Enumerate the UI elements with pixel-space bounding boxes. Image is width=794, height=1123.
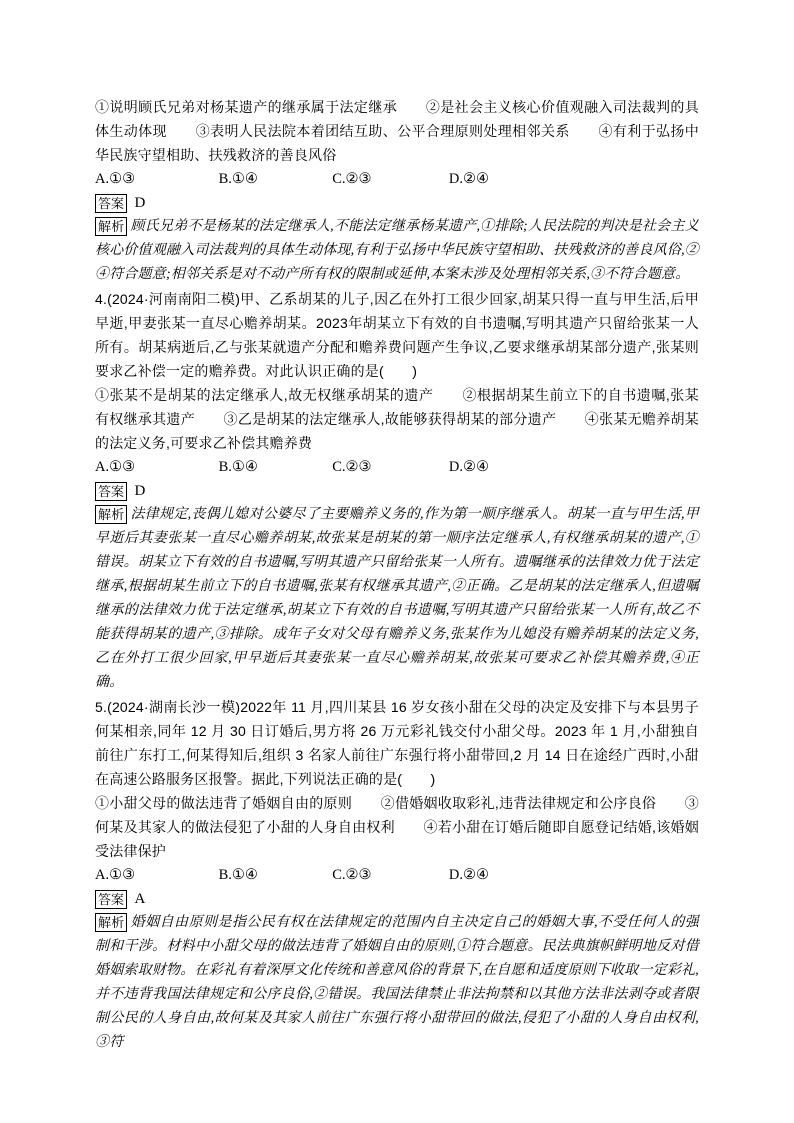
answer-label-box: 答案	[95, 482, 127, 501]
analysis-paragraph: 解析法律规定,丧偶儿媳对公婆尽了主要赡养义务的,作为第一顺序继承人。胡某一直与甲…	[95, 503, 699, 695]
option-a: A.①③	[95, 167, 215, 191]
analysis-text: 顾氏兄弟不是杨某的法定继承人,不能法定继承杨某遗产,①排除;人民法院的判决是社会…	[95, 219, 699, 282]
analysis-text: 婚姻自由原则是指公民有权在法律规定的范围内自主决定自己的婚姻大事,不受任何人的强…	[95, 915, 699, 1050]
option-c: C.②③	[332, 455, 445, 479]
question-stem: 4.(2024·河南南阳二模)甲、乙系胡某的儿子,因乙在外打工很少回家,胡某只得…	[95, 287, 699, 383]
option-d: D.②④	[449, 167, 489, 191]
analysis-label-box: 解析	[95, 913, 127, 932]
option-b: B.①④	[219, 863, 329, 887]
answer-label-box: 答案	[95, 194, 127, 213]
answer-row: 答案 A	[95, 887, 699, 911]
answer-value: D	[134, 195, 145, 211]
answer-value: A	[134, 891, 145, 907]
question-block-5: 5.(2024·湖南长沙一模)2022年 11 月,四川某县 16 岁女孩小甜在…	[95, 695, 699, 1055]
option-c: C.②③	[332, 863, 445, 887]
option-a: A.①③	[95, 455, 215, 479]
analysis-text: 法律规定,丧偶儿媳对公婆尽了主要赡养义务的,作为第一顺序继承人。胡某一直与甲生活…	[95, 507, 699, 690]
question-choices: ①张某不是胡某的法定继承人,故无权继承胡某的遗产 ②根据胡某生前立下的自书遗嘱,…	[95, 383, 699, 455]
options-row: A.①③ B.①④ C.②③ D.②④	[95, 863, 699, 887]
answer-label-box: 答案	[95, 890, 127, 909]
option-b: B.①④	[219, 455, 329, 479]
answer-row: 答案 D	[95, 191, 699, 215]
option-a: A.①③	[95, 863, 215, 887]
question-block-3: ①说明顾氏兄弟对杨某遗产的继承属于法定继承 ②是社会主义核心价值观融入司法裁判的…	[95, 95, 699, 287]
answer-row: 答案 D	[95, 479, 699, 503]
options-row: A.①③ B.①④ C.②③ D.②④	[95, 455, 699, 479]
question-stem: 5.(2024·湖南长沙一模)2022年 11 月,四川某县 16 岁女孩小甜在…	[95, 695, 699, 791]
option-b: B.①④	[219, 167, 329, 191]
answer-value: D	[134, 483, 145, 499]
option-d: D.②④	[449, 863, 489, 887]
document-page: ①说明顾氏兄弟对杨某遗产的继承属于法定继承 ②是社会主义核心价值观融入司法裁判的…	[95, 95, 699, 1055]
option-d: D.②④	[449, 455, 489, 479]
analysis-paragraph: 解析顾氏兄弟不是杨某的法定继承人,不能法定继承杨某遗产,①排除;人民法院的判决是…	[95, 215, 699, 287]
options-row: A.①③ B.①④ C.②③ D.②④	[95, 167, 699, 191]
question-block-4: 4.(2024·河南南阳二模)甲、乙系胡某的儿子,因乙在外打工很少回家,胡某只得…	[95, 287, 699, 695]
analysis-label-box: 解析	[95, 505, 127, 524]
option-c: C.②③	[332, 167, 445, 191]
analysis-paragraph: 解析婚姻自由原则是指公民有权在法律规定的范围内自主决定自己的婚姻大事,不受任何人…	[95, 911, 699, 1055]
question-choices: ①小甜父母的做法违背了婚姻自由的原则 ②借婚姻收取彩礼,违背法律规定和公序良俗 …	[95, 791, 699, 863]
question-choices: ①说明顾氏兄弟对杨某遗产的继承属于法定继承 ②是社会主义核心价值观融入司法裁判的…	[95, 95, 699, 167]
analysis-label-box: 解析	[95, 217, 127, 236]
